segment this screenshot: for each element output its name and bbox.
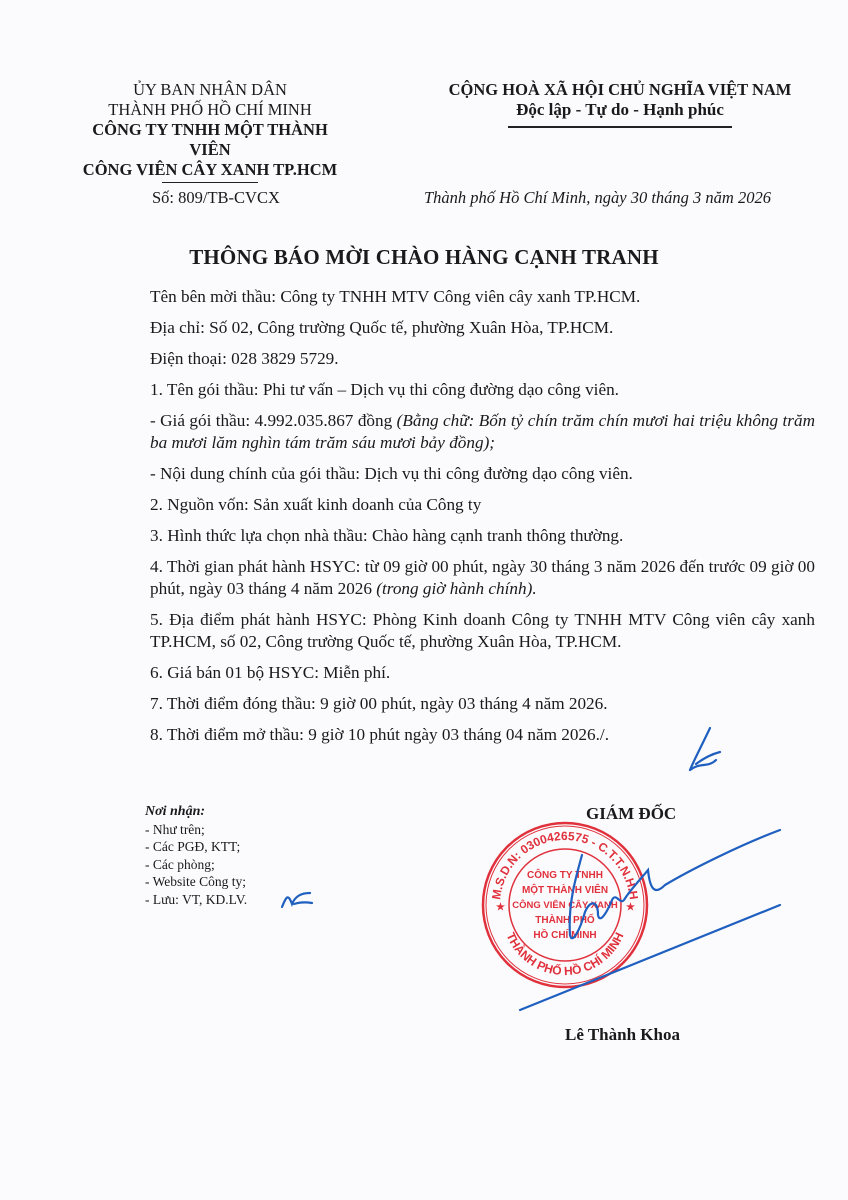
authority-line-2: THÀNH PHỐ HỒ CHÍ MINH (70, 100, 350, 120)
item-2: 2. Nguồn vốn: Sản xuất kinh doanh của Cô… (150, 494, 815, 516)
document-date: Thành phố Hồ Chí Minh, ngày 30 tháng 3 n… (424, 188, 771, 208)
authority-line-1: ỦY BAN NHÂN DÂN (70, 80, 350, 100)
inviter-line: Tên bên mời thầu: Công ty TNHH MTV Công … (150, 286, 815, 308)
item-8: 8. Thời điểm mở thầu: 9 giờ 10 phút ngày… (150, 724, 815, 746)
item-3: 3. Hình thức lựa chọn nhà thầu: Chào hàn… (150, 525, 815, 547)
document-title: THÔNG BÁO MỜI CHÀO HÀNG CẠNH TRANH (0, 245, 848, 270)
recipient-item: - Lưu: VT, KD.LV. (145, 891, 247, 909)
header-left-underline (162, 182, 258, 183)
item-5: 5. Địa điểm phát hành HSYC: Phòng Kinh d… (150, 609, 815, 653)
recipient-item: - Các PGĐ, KTT; (145, 838, 247, 856)
company-line-2: CÔNG VIÊN CÂY XANH TP.HCM (70, 160, 350, 180)
recipients-block: Nơi nhận: - Như trên; - Các PGĐ, KTT; - … (145, 803, 247, 908)
phone-line: Điện thoại: 028 3829 5729. (150, 348, 815, 370)
nation-name: CỘNG HOÀ XÃ HỘI CHỦ NGHĨA VIỆT NAM (400, 80, 840, 100)
national-header: CỘNG HOÀ XÃ HỘI CHỦ NGHĨA VIỆT NAM Độc l… (400, 80, 840, 128)
company-line-1: CÔNG TY TNHH MỘT THÀNH VIÊN (70, 120, 350, 160)
item-7: 7. Thời điểm đóng thầu: 9 giờ 00 phút, n… (150, 693, 815, 715)
address-line: Địa chỉ: Số 02, Công trường Quốc tế, phư… (150, 317, 815, 339)
recipient-item: - Các phòng; (145, 856, 247, 874)
svg-text:THÀNH PHỐ: THÀNH PHỐ (535, 912, 595, 926)
svg-text:HỒ CHÍ MINH: HỒ CHÍ MINH (533, 928, 596, 941)
issuing-authority: ỦY BAN NHÂN DÂN THÀNH PHỐ HỒ CHÍ MINH CÔ… (70, 80, 350, 183)
price-line: - Giá gói thầu: 4.992.035.867 đồng (Bằng… (150, 410, 815, 454)
svg-text:CÔNG TY TNHH: CÔNG TY TNHH (527, 868, 603, 881)
document-body: Tên bên mời thầu: Công ty TNHH MTV Công … (150, 286, 815, 755)
svg-text:MỘT THÀNH VIÊN: MỘT THÀNH VIÊN (522, 883, 608, 896)
item-6: 6. Giá bán 01 bộ HSYC: Miễn phí. (150, 662, 815, 684)
content-line: - Nội dung chính của gói thầu: Dịch vụ t… (150, 463, 815, 485)
item-4-note: (trong giờ hành chính). (376, 579, 536, 598)
recipient-item: - Website Công ty; (145, 873, 247, 891)
item-1: 1. Tên gói thầu: Phi tư vấn – Dịch vụ th… (150, 379, 815, 401)
signer-name: Lê Thành Khoa (565, 1025, 680, 1045)
header-right-underline (508, 126, 732, 128)
svg-text:★: ★ (496, 902, 505, 913)
national-motto: Độc lập - Tự do - Hạnh phúc (400, 100, 840, 120)
svg-text:CÔNG VIÊN CÂY XANH: CÔNG VIÊN CÂY XANH (512, 899, 618, 911)
recipient-item: - Như trên; (145, 821, 247, 839)
recipients-heading: Nơi nhận: (145, 803, 247, 821)
document-number: Số: 809/TB-CVCX (152, 188, 280, 208)
item-4: 4. Thời gian phát hành HSYC: từ 09 giờ 0… (150, 556, 815, 600)
price-amount: - Giá gói thầu: 4.992.035.867 đồng (150, 411, 397, 430)
company-seal-icon: M.S.D.N: 0300426575 - C.T.T.N.H.H THÀNH … (480, 820, 650, 990)
svg-text:★: ★ (626, 902, 635, 913)
